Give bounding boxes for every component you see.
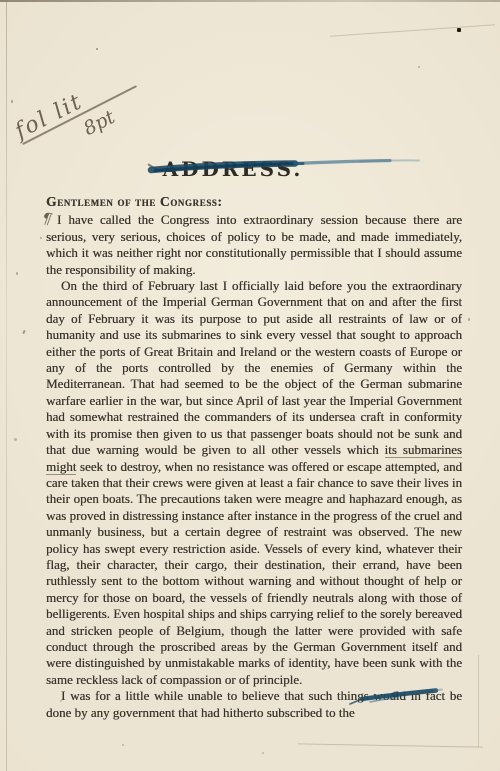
foxing-spot	[457, 28, 461, 32]
title-row: ADDRESS.	[0, 157, 500, 181]
foxing-spot	[16, 272, 18, 275]
page-edge-top	[0, 0, 500, 2]
paragraph-1-text: I have called the Congress into extraord…	[46, 212, 462, 276]
foxing-spot	[96, 48, 98, 50]
paragraph-2-text: On the third of February last I official…	[46, 278, 462, 457]
paragraph-2: On the third of February last I official…	[46, 278, 462, 688]
foxing-spot	[122, 744, 124, 746]
paragraph-3: I was for a little while unable to belie…	[46, 688, 462, 721]
handwritten-note: fol lit 8pt	[11, 64, 149, 168]
document-page: fol lit 8pt ADDRESS. Gentlemen of the Co…	[0, 0, 500, 771]
foxing-spot	[418, 66, 420, 68]
pencil-paragraph-mark: ¶	[41, 210, 58, 229]
foxing-spot	[40, 237, 42, 239]
paragraph-1: ¶I have called the Congress into extraor…	[46, 211, 462, 278]
foxing-spot	[22, 330, 25, 334]
document-title: ADDRESS.	[163, 157, 304, 181]
foxing-spot	[14, 438, 17, 441]
body-text: Gentlemen of the Congress: ¶I have calle…	[46, 194, 462, 721]
paper-crease	[330, 24, 495, 37]
page-edge-bottom	[298, 743, 483, 747]
page-edge-left	[6, 2, 7, 771]
paragraph-3-text: I was for a little while unable to belie…	[46, 688, 462, 719]
foxing-spot	[468, 318, 470, 321]
foxing-spot	[262, 752, 264, 754]
pencil-tick-mark	[147, 163, 157, 171]
foxing-spot	[11, 100, 13, 103]
salutation: Gentlemen of the Congress:	[46, 194, 462, 210]
page-edge-right	[478, 655, 479, 747]
paragraph-2-text-continued: seek to destroy, when no resistance was …	[46, 459, 462, 687]
